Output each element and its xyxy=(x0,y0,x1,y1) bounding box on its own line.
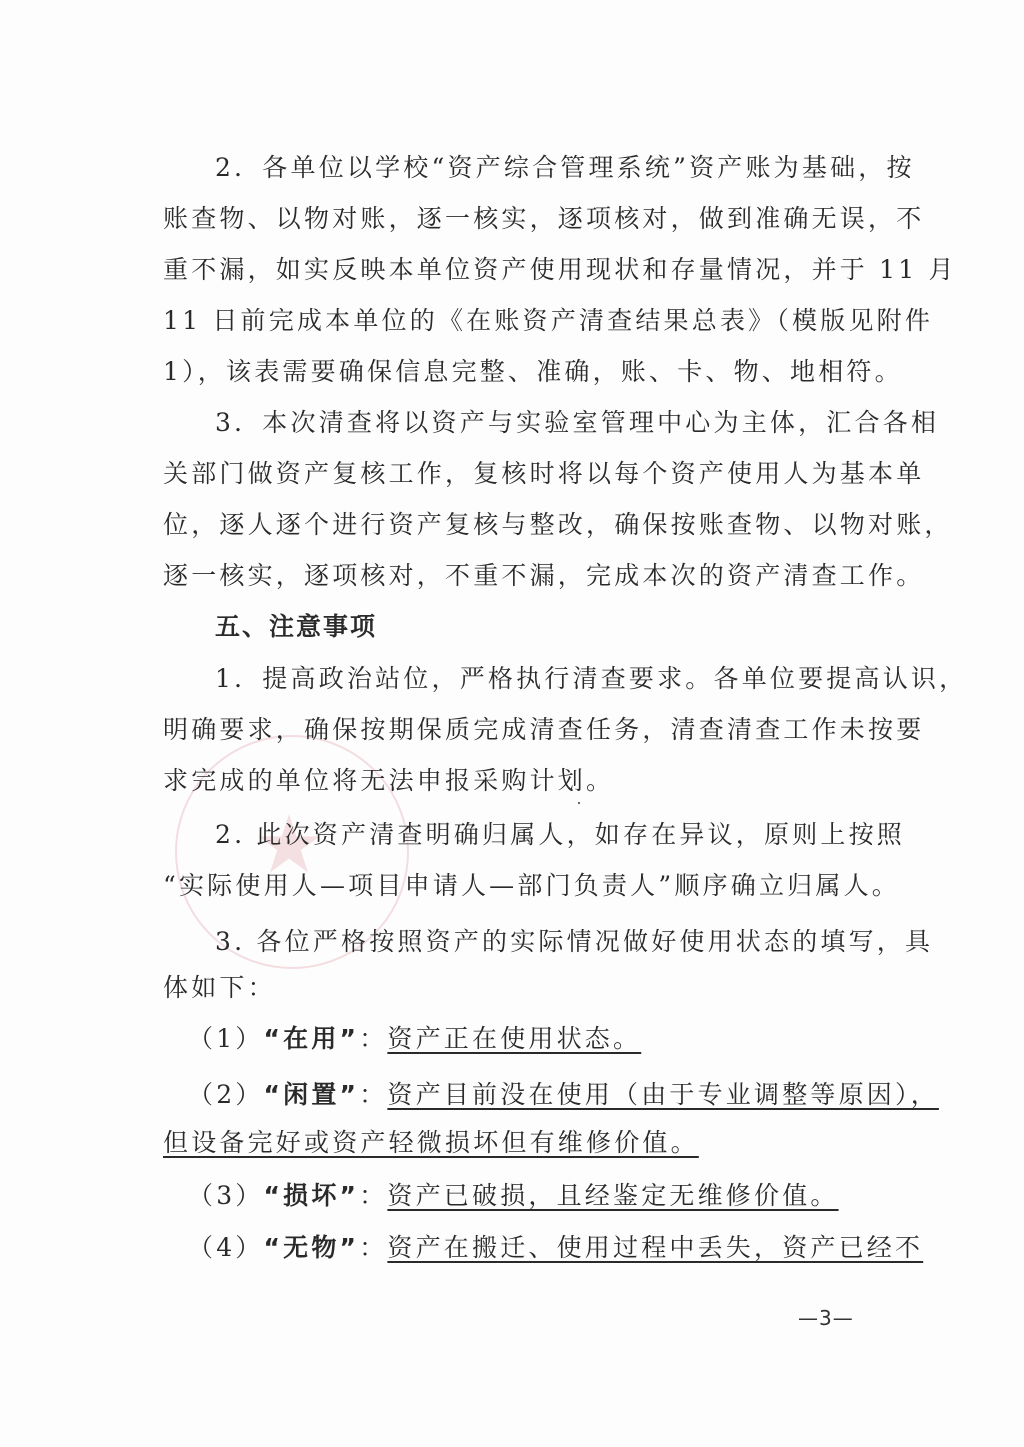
paragraph-2-line-4: 11 日前完成本单位的《在账资产清查结果总表》（模版见附件 xyxy=(163,306,863,336)
status-number: （4） xyxy=(188,1233,264,1262)
status-term: “损坏” xyxy=(264,1181,360,1210)
paragraph-2-line-3: 重不漏，如实反映本单位资产使用现状和存量情况，并于 11 月 xyxy=(163,255,863,285)
status-separator: ： xyxy=(359,1233,387,1262)
status-description: 资产已破损，且经鉴定无维修价值。 xyxy=(387,1181,838,1210)
paragraph-3-line-3: 位，逐人逐个进行资产复核与整改，确保按账查物、以物对账， xyxy=(163,510,863,540)
note-1-line-2: 明确要求，确保按期保质完成清查任务，清查清查工作未按要 xyxy=(163,715,863,745)
paragraph-3-line-2: 关部门做资产复核工作，复核时将以每个资产使用人为基本单 xyxy=(163,459,863,489)
paragraph-3-line-1: 3．本次清查将以资产与实验室管理中心为主体，汇合各相 xyxy=(215,408,915,438)
paragraph-2-line-1: 2．各单位以学校“资产综合管理系统”资产账为基础，按 xyxy=(215,153,915,183)
status-item-missing: （4）“无物”：资产在搬迁、使用过程中丢失，资产已经不 xyxy=(188,1233,888,1263)
note-1-line-3: 求完成的单位将无法申报采购计划。 xyxy=(163,766,863,796)
note-3-line-1: 3. 各位严格按照资产的实际情况做好使用状态的填写，具 xyxy=(215,927,915,957)
paragraph-2-line-2: 账查物、以物对账，逐一核实，逐项核对，做到准确无误，不 xyxy=(163,204,863,234)
document-page: ★ 2．各单位以学校“资产综合管理系统”资产账为基础，按 账查物、以物对账，逐一… xyxy=(0,0,1024,1447)
status-separator: ： xyxy=(359,1024,387,1053)
note-2-line-1: 2. 此次资产清查明确归属人，如存在异议，原则上按照 xyxy=(215,820,915,850)
note-2-line-2: “实际使用人—项目申请人—部门负责人”顺序确立归属人。 xyxy=(163,871,863,901)
status-item-idle-continued: 但设备完好或资产轻微损坏但有维修价值。 xyxy=(163,1128,863,1158)
status-number: （2） xyxy=(188,1080,264,1109)
status-separator: ： xyxy=(359,1181,387,1210)
status-item-damaged: （3）“损坏”：资产已破损，且经鉴定无维修价值。 xyxy=(188,1181,888,1211)
note-3-line-2: 体如下： xyxy=(163,973,863,1003)
page-number: —3— xyxy=(798,1306,854,1330)
status-term: “在用” xyxy=(264,1024,360,1053)
status-description-continued: 但设备完好或资产轻微损坏但有维修价值。 xyxy=(163,1128,699,1157)
status-term: “无物” xyxy=(264,1233,360,1262)
status-number: （3） xyxy=(188,1181,264,1210)
status-item-idle: （2）“闲置”：资产目前没在使用（由于专业调整等原因）， xyxy=(188,1080,888,1110)
status-item-in-use: （1）“在用”：资产正在使用状态。 xyxy=(188,1024,888,1054)
status-description: 资产在搬迁、使用过程中丢失，资产已经不 xyxy=(387,1233,923,1262)
note-1-line-1: 1．提高政治站位，严格执行清查要求。各单位要提高认识， xyxy=(215,664,915,694)
status-term: “闲置” xyxy=(264,1080,360,1109)
section-heading: 五、注意事项 xyxy=(215,612,915,642)
scan-speck xyxy=(578,802,580,804)
status-description: 资产正在使用状态。 xyxy=(387,1024,641,1053)
paragraph-3-line-4: 逐一核实，逐项核对，不重不漏，完成本次的资产清查工作。 xyxy=(163,561,863,591)
status-description: 资产目前没在使用（由于专业调整等原因）， xyxy=(387,1080,939,1109)
paragraph-2-line-5: 1），该表需要确保信息完整、准确，账、卡、物、地相符。 xyxy=(163,357,863,387)
status-number: （1） xyxy=(188,1024,264,1053)
status-separator: ： xyxy=(359,1080,387,1109)
